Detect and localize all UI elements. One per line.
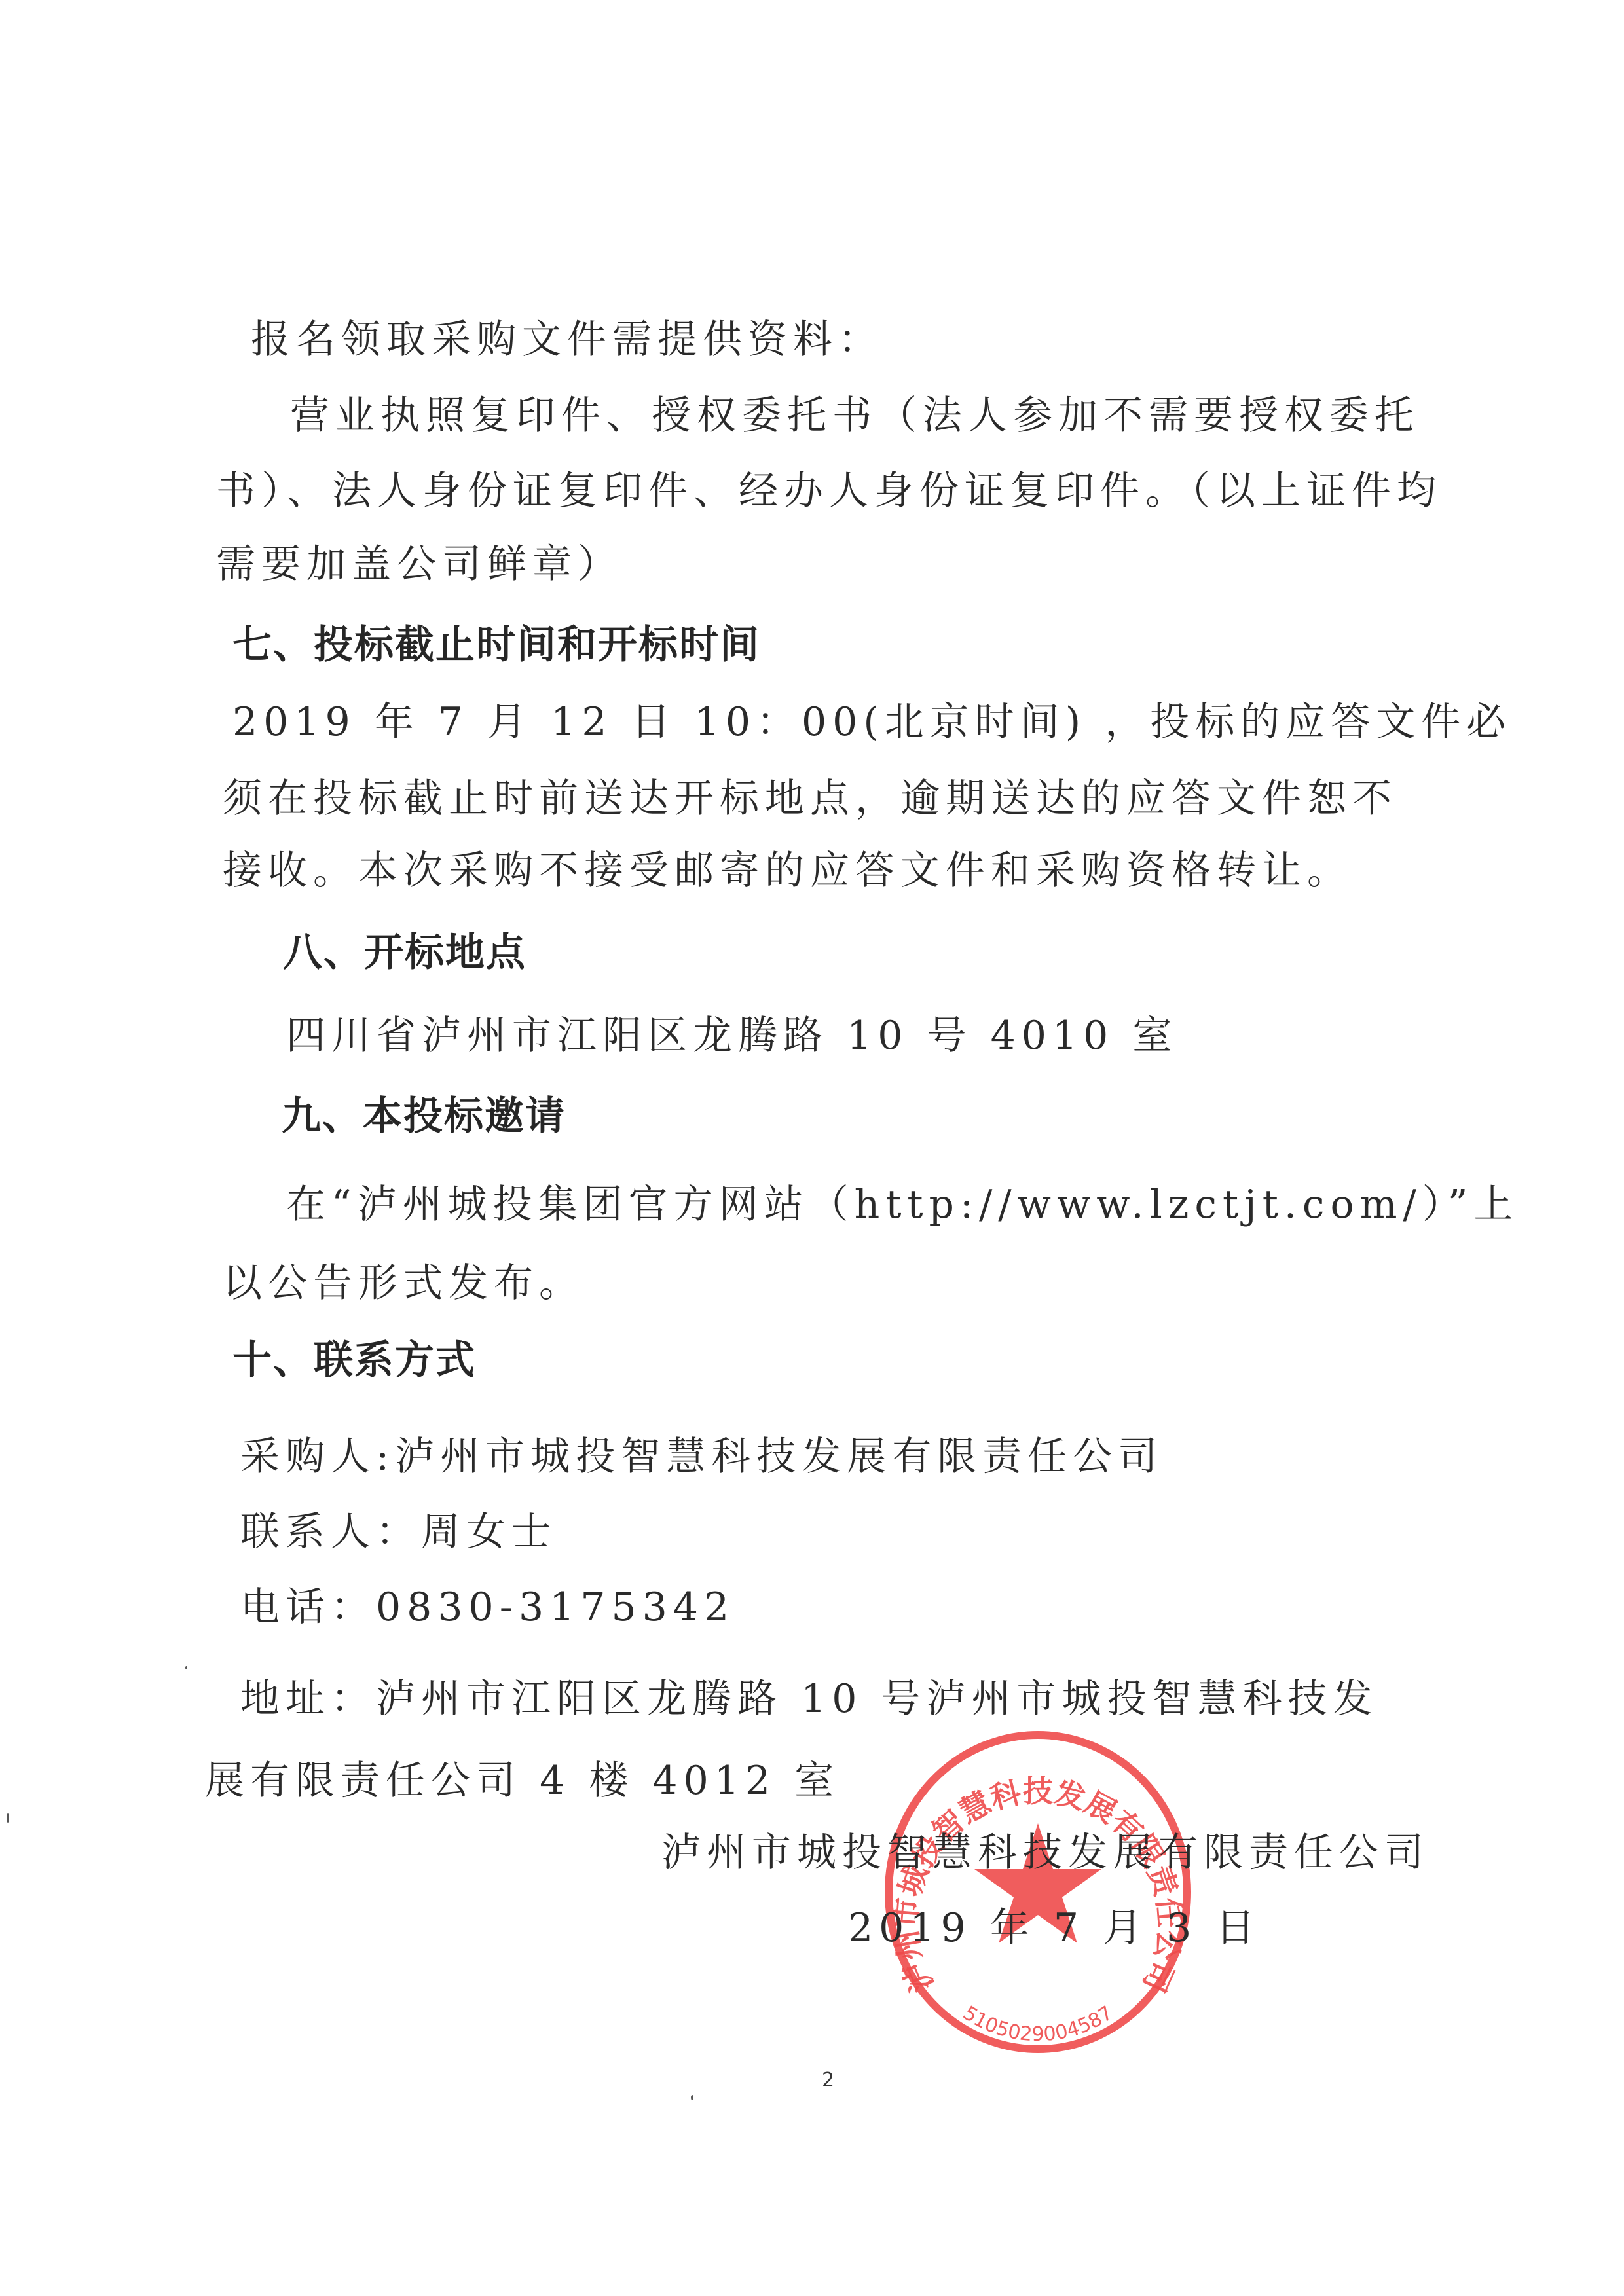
- registration-intro: 报名领取采购文件需提供资料：: [251, 316, 883, 363]
- contact-address-line-1: 地址：泸州市江阳区龙腾路 10 号泸州市城投智慧科技发: [240, 1675, 1378, 1722]
- section-heading-location: 八、开标地点: [283, 929, 526, 976]
- signature-company: 泸州市城投智慧科技发展有限责任公司: [661, 1829, 1430, 1876]
- contact-phone: 电话：0830-3175342: [240, 1584, 735, 1631]
- invitation-line-1: 在“泸州城投集团官方网站（http://www.lzctjt.com/）”上: [286, 1181, 1519, 1228]
- registration-line-1: 营业执照复印件、授权委托书（法人参加不需要授权委托: [290, 392, 1420, 439]
- invitation-line-2: 以公告形式发布。: [223, 1260, 584, 1307]
- contact-address-line-2: 展有限责任公司 4 楼 4012 室: [205, 1757, 840, 1804]
- signature-date: 2019 年 7 月 3 日: [848, 1904, 1261, 1952]
- page-number: 2: [822, 2069, 834, 2092]
- section-heading-contact: 十、联系方式: [232, 1337, 476, 1384]
- scan-speck: [185, 1666, 187, 1669]
- registration-line-3: 需要加盖公司鲜章）: [216, 541, 623, 588]
- scan-speck: [7, 1813, 9, 1823]
- deadline-line-1: 2019 年 7 月 12 日 10：00(北京时间) ，投标的应答文件必: [232, 699, 1511, 746]
- section-heading-invitation: 九、本投标邀请: [282, 1093, 566, 1140]
- deadline-line-3: 接收。本次采购不接受邮寄的应答文件和采购资格转让。: [223, 847, 1352, 894]
- location-address: 四川省泸州市江阳区龙腾路 10 号 4010 室: [286, 1012, 1177, 1059]
- contact-purchaser: 采购人:泸州市城投智慧科技发展有限责任公司: [240, 1433, 1163, 1480]
- contact-person: 联系人：周女士: [240, 1508, 557, 1556]
- section-heading-deadline: 七、投标截止时间和开标时间: [232, 621, 760, 668]
- registration-line-2: 书）、法人身份证复印件、经办人身份证复印件。（以上证件均: [216, 467, 1442, 515]
- scan-speck: [691, 2095, 693, 2100]
- deadline-line-2: 须在投标截止时前送达开标地点，逾期送达的应答文件恕不: [223, 775, 1397, 822]
- official-seal-stamp: 泸州市城投智慧科技发展有限责任公司 5105029004587: [868, 1722, 1208, 2062]
